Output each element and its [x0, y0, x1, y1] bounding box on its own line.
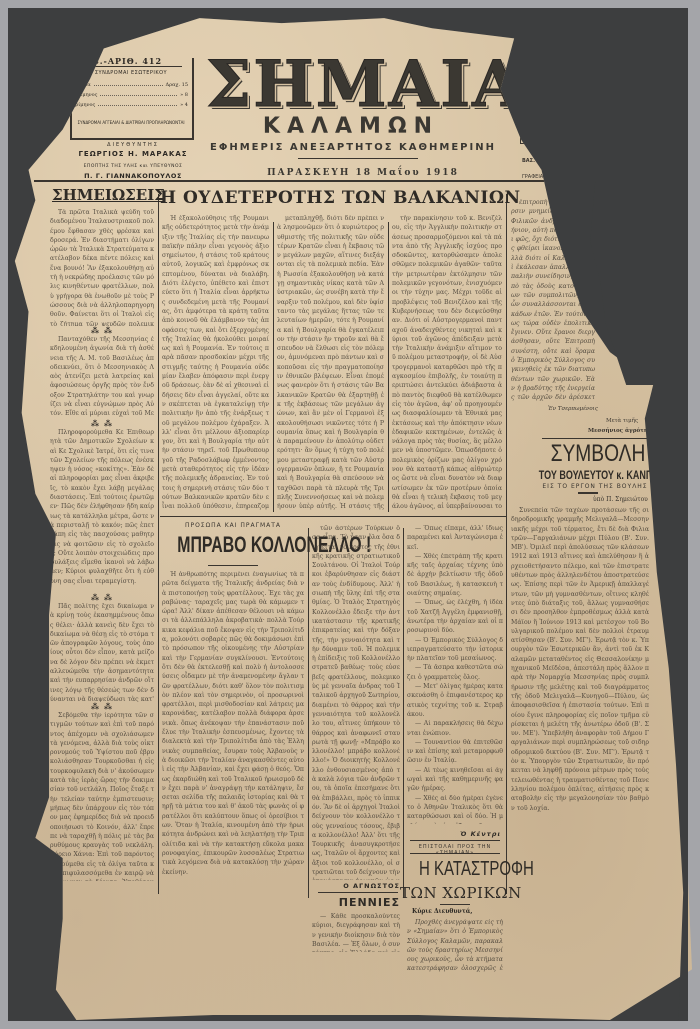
column-rule	[506, 194, 507, 894]
bravo-heading-wrap: ΜΠΡΑΒΟ ΚΟΛΛΟΝΕΛΛΟ !	[156, 532, 308, 558]
quip: — Χθὲς αἱ δύο ἡμέραι ἐγένετο ὁ Ἀθηνῶν Ἰτ…	[407, 794, 503, 824]
editor-label: ΕΠΟΠΤΗΣ ΤΗΣ ΥΛΗΣ και ΥΠΕΥΘΥΝΟΣ	[48, 164, 218, 169]
subscription-value: » 4	[180, 102, 188, 108]
villagers-heading-wrap: Η ΚΑΤΑΣΤΡΟΦΗ	[407, 858, 503, 881]
notes-column: Τὰ πρῶτα Ἰταλικὰ ψεύδη τοῦ διαδομένου Ἰτ…	[50, 208, 154, 888]
letter-closing: Μετὰ τιμῆς	[606, 418, 638, 424]
quip: — Τὰ ἄσπρα καθεστῶτα σώζει ὁ γραμματεὺς …	[407, 663, 503, 682]
bravo-heading: ΜΠΡΑΒΟ ΚΟΛΛΟΝΕΛΛΟ !	[177, 532, 286, 558]
poems-heading: ΠΕΝΝΙΕΣ	[312, 896, 400, 909]
main-article-column: Ἡ ἐξακολούθησις τῆς Ρουμανικῆς οὐδετερότ…	[162, 214, 269, 512]
ornament-divider: ⁂ ⁂	[50, 593, 154, 602]
subscription-value: » 8	[180, 92, 188, 98]
divider	[208, 565, 258, 566]
divider	[542, 438, 652, 439]
notes-paragraph: Πανταχόθεν τῆς Μεσσηνίας ἐκδηλουμένη ἀγω…	[50, 335, 154, 419]
symvoli-subtitle-2: ΕΙΣ ΤΟ ΕΡΓΟΝ ΤΗΣ ΒΟΥΛΗΣ	[520, 483, 670, 490]
ornament-divider: ⁂ ⁂	[50, 419, 154, 428]
symvoli-heading-wrap: ΣΥΜΒΟΛΗ	[530, 440, 666, 468]
main-article-column: μεταπληχθῇ. διότι δὲν πρέπει νὰ λησμονῶμ…	[277, 214, 384, 512]
letter-closing-name: Μεσσήνιος ἀγρότης	[588, 428, 651, 434]
section-rule	[160, 516, 506, 517]
main-article-column: τὴν παρακίνησιν τοῦ κ. Βενιζέλου, εἰς τὴ…	[392, 214, 502, 512]
divider	[298, 158, 418, 159]
column-rule	[403, 528, 404, 898]
bravo-column: τῶν ἀστέρων Τούρκων ὅσα εἶπα. Τὸ ἦσαν ὅλ…	[312, 524, 400, 880]
bravo-signature: Ο ΑΓΝΩΣΤΟΣ	[312, 882, 400, 890]
quips-column: — Ὅπως εἴπαμε, ἀλλ' ἴδιως παραμένει καὶ …	[407, 524, 503, 824]
villagers-heading-line2: ΤΩΝ ΧΩΡΙΚΩΝ	[400, 884, 510, 902]
director-name: ΓΕΩΡΓΙΟΣ Η. ΜΑΡΑΚΑΣ	[48, 150, 218, 158]
quips-signature: Ὁ Κέντρι	[407, 830, 501, 838]
divider	[318, 892, 398, 893]
bravo-kicker: ΠΡΟΣΩΠΑ ΚΑΙ ΠΡΑΓΜΑΤΑ	[160, 522, 306, 529]
column-rule	[388, 222, 389, 512]
masthead-rule	[34, 180, 594, 182]
notes-paragraph: Σεβόμεθα τὴν ἱερότητα τῶν στιγμῶν τούτων…	[50, 711, 154, 881]
bravo-column: Ἡ ἀνθρωπότης περιμένει ἐναγωνίως τὰ πρῶτ…	[162, 570, 304, 890]
ornament-divider: ⁂ ⁂	[50, 702, 154, 711]
villagers-heading: Η ΚΑΤΑΣΤΡΟΦΗ	[419, 858, 491, 881]
notes-paragraph: Τὰ πρῶτα Ἰταλικὰ ψεύδη τοῦ διαδομένου Ἰτ…	[50, 208, 154, 326]
quip: — Αἱ παρακλήσεις θὰ δέχωνται ἐνώπιον.	[407, 719, 503, 738]
director-label: ΔΙΕΥΘΥΝΤΗΣ	[58, 142, 208, 148]
column-rule	[308, 528, 309, 898]
quip: — Τουναντίον θὰ ἐπιτεθῶσιν καὶ ἐπίσης κα…	[407, 738, 503, 766]
villagers-salutation: Κύριε Διευθυντά,	[412, 908, 502, 915]
letters-kicker: ΕΠΙΣΤΟΛΑΙ ΠΡΟΣ ΤΗΝ «ΣΗΜΑΙΑΝ»	[407, 844, 503, 856]
quip: — Αἱ τέως κινηθεῖσαι αἱ ἀγωγαὶ καὶ τῆς κ…	[407, 766, 503, 794]
notes-heading: ΣΗΜΕΙΩΣΕΙΣ	[52, 186, 156, 204]
quip: — Μετ' ὀλίγας ἡμέρας κατασκευάσθη ὁ ἐπιφ…	[407, 682, 503, 719]
main-headline: Η ΟΥΔΕΤΕΡΟΤΗΣ ΤΩΝ ΒΑΛΚΑΝΙΩΝ	[160, 188, 506, 208]
newspaper-title: ΣΗΜΑΙΑ	[206, 52, 496, 118]
subscription-footer: ΣΥΝΔΡΟΜΑΙ ΑΓΓΕΛΙΑΙ & ΔΙΑΤΡΙΒΑΙ ΠΡΟΠΛΗΡΩΝ…	[72, 120, 190, 126]
issue-date: ΠΑΡΑΣΚΕΥΗ 18 Μαΐου 1918	[238, 168, 488, 178]
divider	[578, 492, 598, 494]
notes-paragraph: Πληροφορούμεθα Κε Ἐπιθεωρητὰ τῶν Δημοτικ…	[50, 428, 154, 593]
divider	[410, 853, 500, 854]
symvoli-subtitle: ΤΟΥ ΒΟΥΛΕΥΤΟΥ κ. ΚΑΝΓΙΑΝΗ	[539, 468, 652, 482]
subscription-row: Ἑξάμηνος» 8	[72, 92, 188, 98]
subscription-row: ἘτησίαΔραχ. 15	[72, 82, 188, 88]
editor-name: Π. Γ. ΓΙΑΝΝΑΚΟΠΟΥΛΟΣ	[48, 172, 218, 180]
poems-body: — Κάθε προσκαλούντες κύριοι, διεγράφησαν…	[312, 912, 400, 952]
newspaper-subtitle: ΚΑΛΑΜΩΝ	[206, 114, 496, 139]
letter-dateline: Ἐν Τσερπωμένοις	[548, 406, 598, 412]
subscription-row: Τρίμηνος» 4	[72, 102, 188, 108]
symvoli-sub-wrap: ΤΟΥ ΒΟΥΛΕΥΤΟΥ κ. ΚΑΝΓΙΑΝΗ	[520, 468, 670, 482]
notes-paragraph: Πᾶς πολίτης ἔχει δικαίωμα νὰ κρίνῃ τοὺς …	[50, 602, 154, 702]
subscription-value: Δραχ. 15	[166, 82, 189, 88]
ornament-divider: ⁂ ⁂	[50, 326, 154, 335]
quip: — Ὅπως εἴπαμε, ἀλλ' ἴδιως παραμένει καὶ …	[407, 524, 503, 552]
quip: — Ὁ Ἐμπορικὸς Σύλλογος διεπραγματεύσατο …	[407, 636, 503, 664]
newspaper-tagline: ΕΦΗΜΕΡΙΣ ΑΝΕΞΑΡΤΗΤΟΣ ΚΑΘΗΜΕΡΙΝΗ	[198, 142, 508, 153]
column-rule	[273, 222, 274, 512]
symvoli-heading: ΣΥΜΒΟΛΗ	[544, 440, 653, 468]
villagers-body: Προχθὲς ἀνεγράψατε εἰς τὴν «Σημαίαν» ὅτι…	[407, 918, 503, 974]
divider	[410, 840, 500, 841]
quip: — Χθὲς ἐπετράπη τῆς κρατικῆς ταῖς ἀρχαία…	[407, 552, 503, 598]
symvoli-body: Συνεπεία τῶν ταχέων προτάσεων τῆς σιδηρο…	[511, 506, 649, 976]
symvoli-byline: ὑπὸ Π. Σημειώτου	[593, 496, 648, 503]
quip: — Ὅπως, ὡς ἐλέχθη, ἡ ἰδέα τοῦ Χατζῆ Ἀγγέ…	[407, 598, 503, 635]
divider	[440, 904, 470, 905]
